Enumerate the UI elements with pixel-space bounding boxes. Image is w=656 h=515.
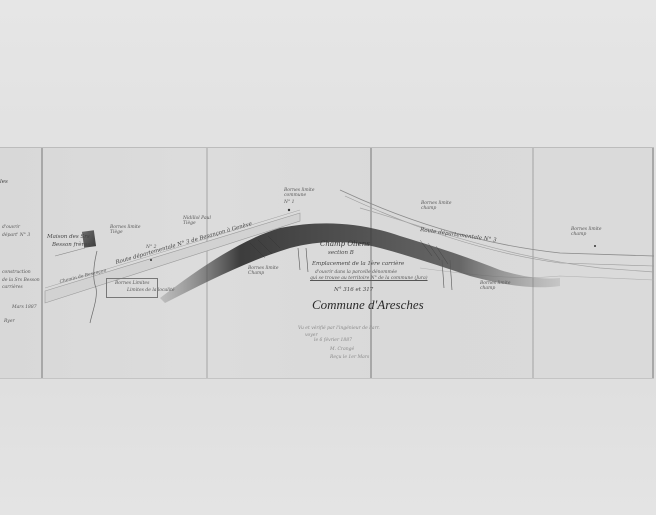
parcel-label: Bornes limitechamp (421, 202, 452, 211)
left-line-3: construction (2, 271, 31, 276)
pencil-note-4: M. Crangé (330, 347, 354, 352)
owner-label: Nidillol PaulTiège (183, 217, 211, 226)
pencil-note-3: le 6 février 1887 (314, 338, 352, 343)
map-title: Commune d'Aresches (312, 298, 424, 311)
parcel-label: Bornes limitechamp (480, 282, 511, 291)
map-sheet: Maison des Srs Besson frères Bornes Limi… (0, 147, 654, 379)
house-label-1: Maison des Srs (47, 235, 90, 241)
left-signature: Ryer (4, 320, 15, 325)
legend-box: Bornes Limites Limites de la localité (106, 278, 158, 298)
pencil-note-5: Reçu le 1er Mars (330, 355, 369, 360)
caption-line-3: qui se trouve au territoire N° de la com… (310, 277, 428, 282)
plot-name: Champ Oliens (320, 241, 370, 248)
left-line-2: départ' N° 3 (2, 234, 30, 239)
parcel-label: Bornes limitechamp (571, 228, 602, 237)
legend-text-1: Bornes Limites (115, 282, 149, 287)
left-line-4: de la Srs Besson (2, 279, 40, 284)
parcel-label: Bornes limitecommune (284, 189, 315, 198)
left-line-5: carrières (2, 286, 23, 291)
left-line-1: d'ouvrir (2, 226, 20, 231)
marker-n2: N° 2 (146, 246, 156, 251)
left-heading-fragment: les (0, 180, 8, 186)
parcel-numbers: N° 316 et 317 (334, 288, 373, 294)
legend-text-2: Limites de la localité (127, 289, 175, 294)
parcel-label: Bornes limiteTiège (110, 226, 141, 235)
caption-line-2: d'ouvrir dans la parcelle dénommée (315, 271, 397, 276)
plot-section: section B (328, 251, 354, 257)
marker-n1: N° 1 (284, 201, 294, 206)
parcel-label: Bornes limiteChamp (248, 267, 279, 276)
caption-line-1: Emplacement de la 1ère carrière (312, 262, 404, 268)
house-label-2: Besson frères (52, 243, 90, 249)
left-date: Mars 1887 (12, 306, 37, 311)
pencil-note-1: Vu et vérifié par l'ingénieur de l'arr. (298, 326, 380, 331)
